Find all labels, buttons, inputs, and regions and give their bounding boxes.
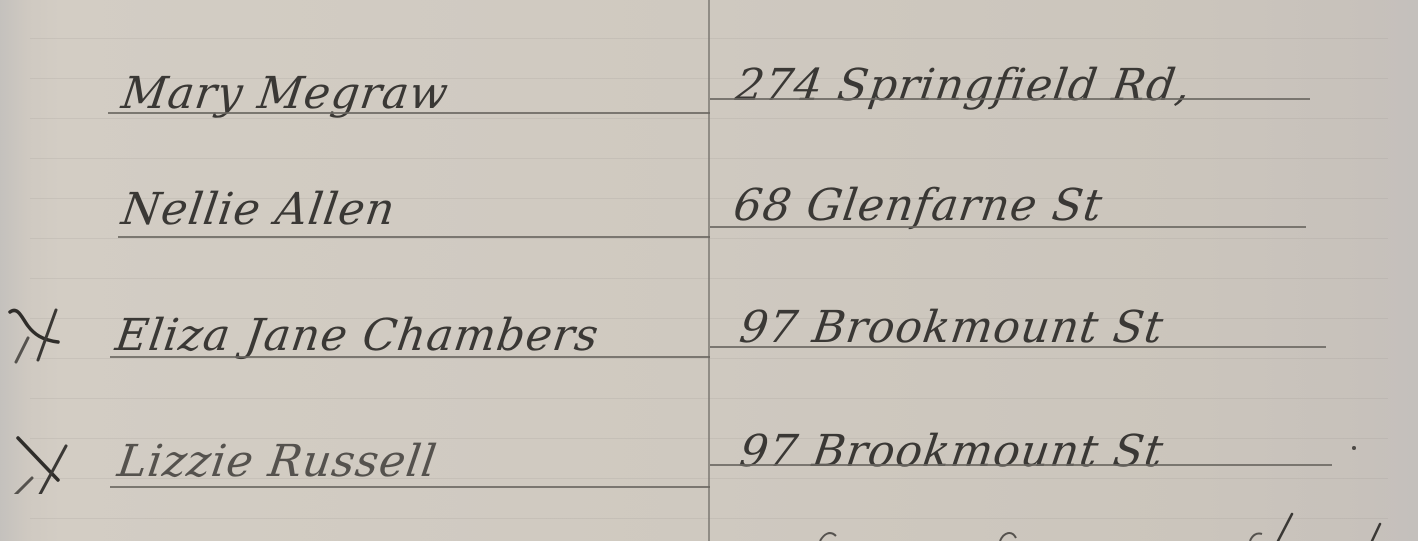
entry-name: Lizzie Russell: [114, 436, 440, 487]
name-underline: [118, 236, 710, 238]
ledger-entry: Nellie Allen 68 Glenfarne St: [0, 160, 1418, 280]
x-cross-mark-icon: [8, 304, 68, 364]
ledger-entry: Mary Megraw 274 Springfield Rd,: [0, 40, 1418, 160]
address-underline: [710, 226, 1306, 228]
name-underline: [110, 486, 710, 488]
x-cross-mark-icon: [8, 434, 68, 494]
ink-dot: [1352, 446, 1356, 450]
ledger-entry: Eliza Jane Chambers 97 Brookmount St: [0, 280, 1418, 400]
entry-address: 97 Brookmount St: [736, 426, 1167, 477]
entry-name: Nellie Allen: [118, 184, 398, 235]
name-underline: [108, 112, 710, 114]
entry-address: 274 Springfield Rd,: [732, 60, 1194, 111]
address-underline: [710, 98, 1310, 100]
ledger-page: Mary Megraw 274 Springfield Rd, Nellie A…: [0, 0, 1418, 541]
address-underline: [710, 464, 1332, 466]
name-underline: [110, 356, 710, 358]
partial-handwriting-row: [800, 510, 1400, 541]
address-underline: [710, 346, 1326, 348]
ledger-entry: Lizzie Russell 97 Brookmount St: [0, 400, 1418, 520]
entry-name: Eliza Jane Chambers: [112, 310, 602, 361]
entry-address: 68 Glenfarne St: [730, 180, 1105, 231]
